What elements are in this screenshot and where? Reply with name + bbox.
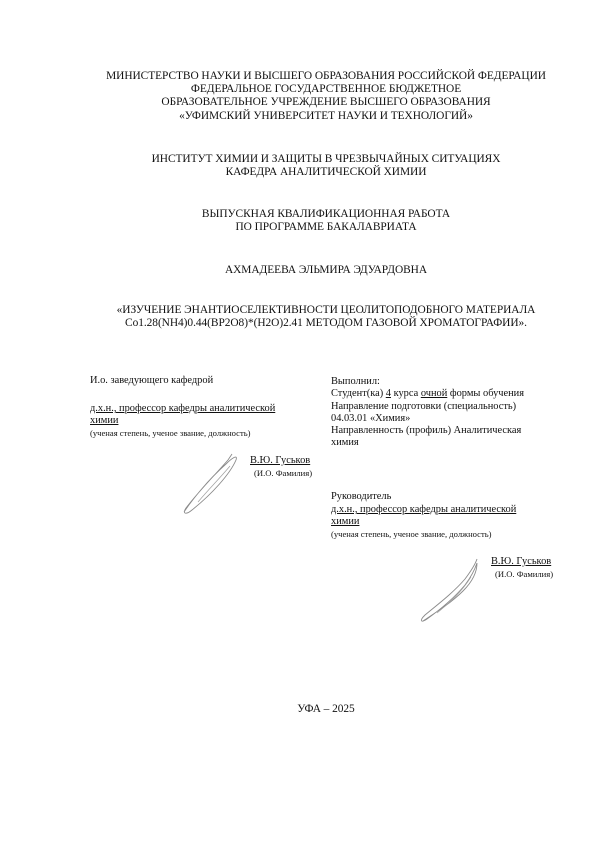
signature-icon — [178, 450, 258, 520]
header-line: ОБРАЗОВАТЕЛЬНОЕ УЧРЕЖДЕНИЕ ВЫСШЕГО ОБРАЗ… — [89, 96, 563, 109]
department-name: КАФЕДРА АНАЛИТИЧЕСКОЙ ХИМИИ — [89, 166, 563, 179]
profile-value: химия — [331, 437, 524, 449]
work-type: ВЫПУСКНАЯ КВАЛИФИКАЦИОННАЯ РАБОТА — [89, 208, 563, 221]
student-block: Выполнил: Студент(ка) 4 курса очной форм… — [331, 376, 524, 450]
author-block: АХМАДЕЕВА ЭЛЬМИРА ЭДУАРДОВНА — [89, 264, 563, 277]
signature-icon — [415, 555, 495, 630]
student-course-line: Студент(ка) 4 курса очной формы обучения — [331, 388, 524, 400]
work-type-block: ВЫПУСКНАЯ КВАЛИФИКАЦИОННАЯ РАБОТА ПО ПРО… — [89, 208, 563, 234]
profile-label: Направленность (профиль) Аналитическая — [331, 425, 524, 437]
header-line: «УФИМСКИЙ УНИВЕРСИТЕТ НАУКИ И ТЕХНОЛОГИЙ… — [89, 110, 563, 123]
city-year: УФА – 2025 — [89, 703, 563, 716]
direction-label: Направление подготовки (специальность) — [331, 401, 524, 413]
thesis-title-line: «ИЗУЧЕНИЕ ЭНАНТИОСЕЛЕКТИВНОСТИ ЦЕОЛИТОПО… — [89, 304, 563, 317]
direction-value: 04.03.01 «Химия» — [331, 413, 524, 425]
study-form: очной — [421, 388, 447, 399]
supervisor-name-hint: (И.О. Фамилия) — [495, 569, 553, 580]
head-of-department-position-cont: химии — [90, 415, 118, 427]
author-name: АХМАДЕЕВА ЭЛЬМИРА ЭДУАРДОВНА — [89, 264, 563, 277]
thesis-title: «ИЗУЧЕНИЕ ЭНАНТИОСЕЛЕКТИВНОСТИ ЦЕОЛИТОПО… — [89, 304, 563, 330]
student-label: Студент(ка) — [331, 388, 386, 399]
head-of-department-name: В.Ю. Гуськов — [250, 455, 310, 467]
ministry-header: МИНИСТЕРСТВО НАУКИ И ВЫСШЕГО ОБРАЗОВАНИЯ… — [89, 70, 563, 123]
program-type: ПО ПРОГРАММЕ БАКАЛАВРИАТА — [89, 221, 563, 234]
header-line: ФЕДЕРАЛЬНОЕ ГОСУДАРСТВЕННОЕ БЮДЖЕТНОЕ — [89, 83, 563, 96]
institute-name: ИНСТИТУТ ХИМИИ И ЗАЩИТЫ В ЧРЕЗВЫЧАЙНЫХ С… — [89, 153, 563, 166]
student-heading: Выполнил: — [331, 376, 524, 388]
supervisor-name: В.Ю. Гуськов — [491, 556, 551, 568]
course-label: курса — [391, 388, 421, 399]
head-of-department-position-hint: (ученая степень, ученое звание, должност… — [90, 428, 251, 439]
supervisor-role: Руководитель — [331, 491, 391, 503]
footer: УФА – 2025 — [89, 703, 563, 716]
head-of-department-position: д.х.н., профессор кафедры аналитической — [90, 403, 275, 415]
supervisor-position: д.х.н., профессор кафедры аналитической — [331, 504, 516, 516]
head-of-department-role: И.о. заведующего кафедрой — [90, 375, 213, 387]
thesis-title-line: Co1.28(NH4)0.44(BP2O8)*(H2O)2.41 МЕТОДОМ… — [89, 317, 563, 330]
head-of-department-name-hint: (И.О. Фамилия) — [254, 468, 312, 479]
institute-block: ИНСТИТУТ ХИМИИ И ЗАЩИТЫ В ЧРЕЗВЫЧАЙНЫХ С… — [89, 153, 563, 179]
supervisor-position-hint: (ученая степень, ученое звание, должност… — [331, 529, 492, 540]
study-form-label: формы обучения — [447, 388, 524, 399]
supervisor-position-cont: химии — [331, 516, 359, 528]
header-line: МИНИСТЕРСТВО НАУКИ И ВЫСШЕГО ОБРАЗОВАНИЯ… — [89, 70, 563, 83]
